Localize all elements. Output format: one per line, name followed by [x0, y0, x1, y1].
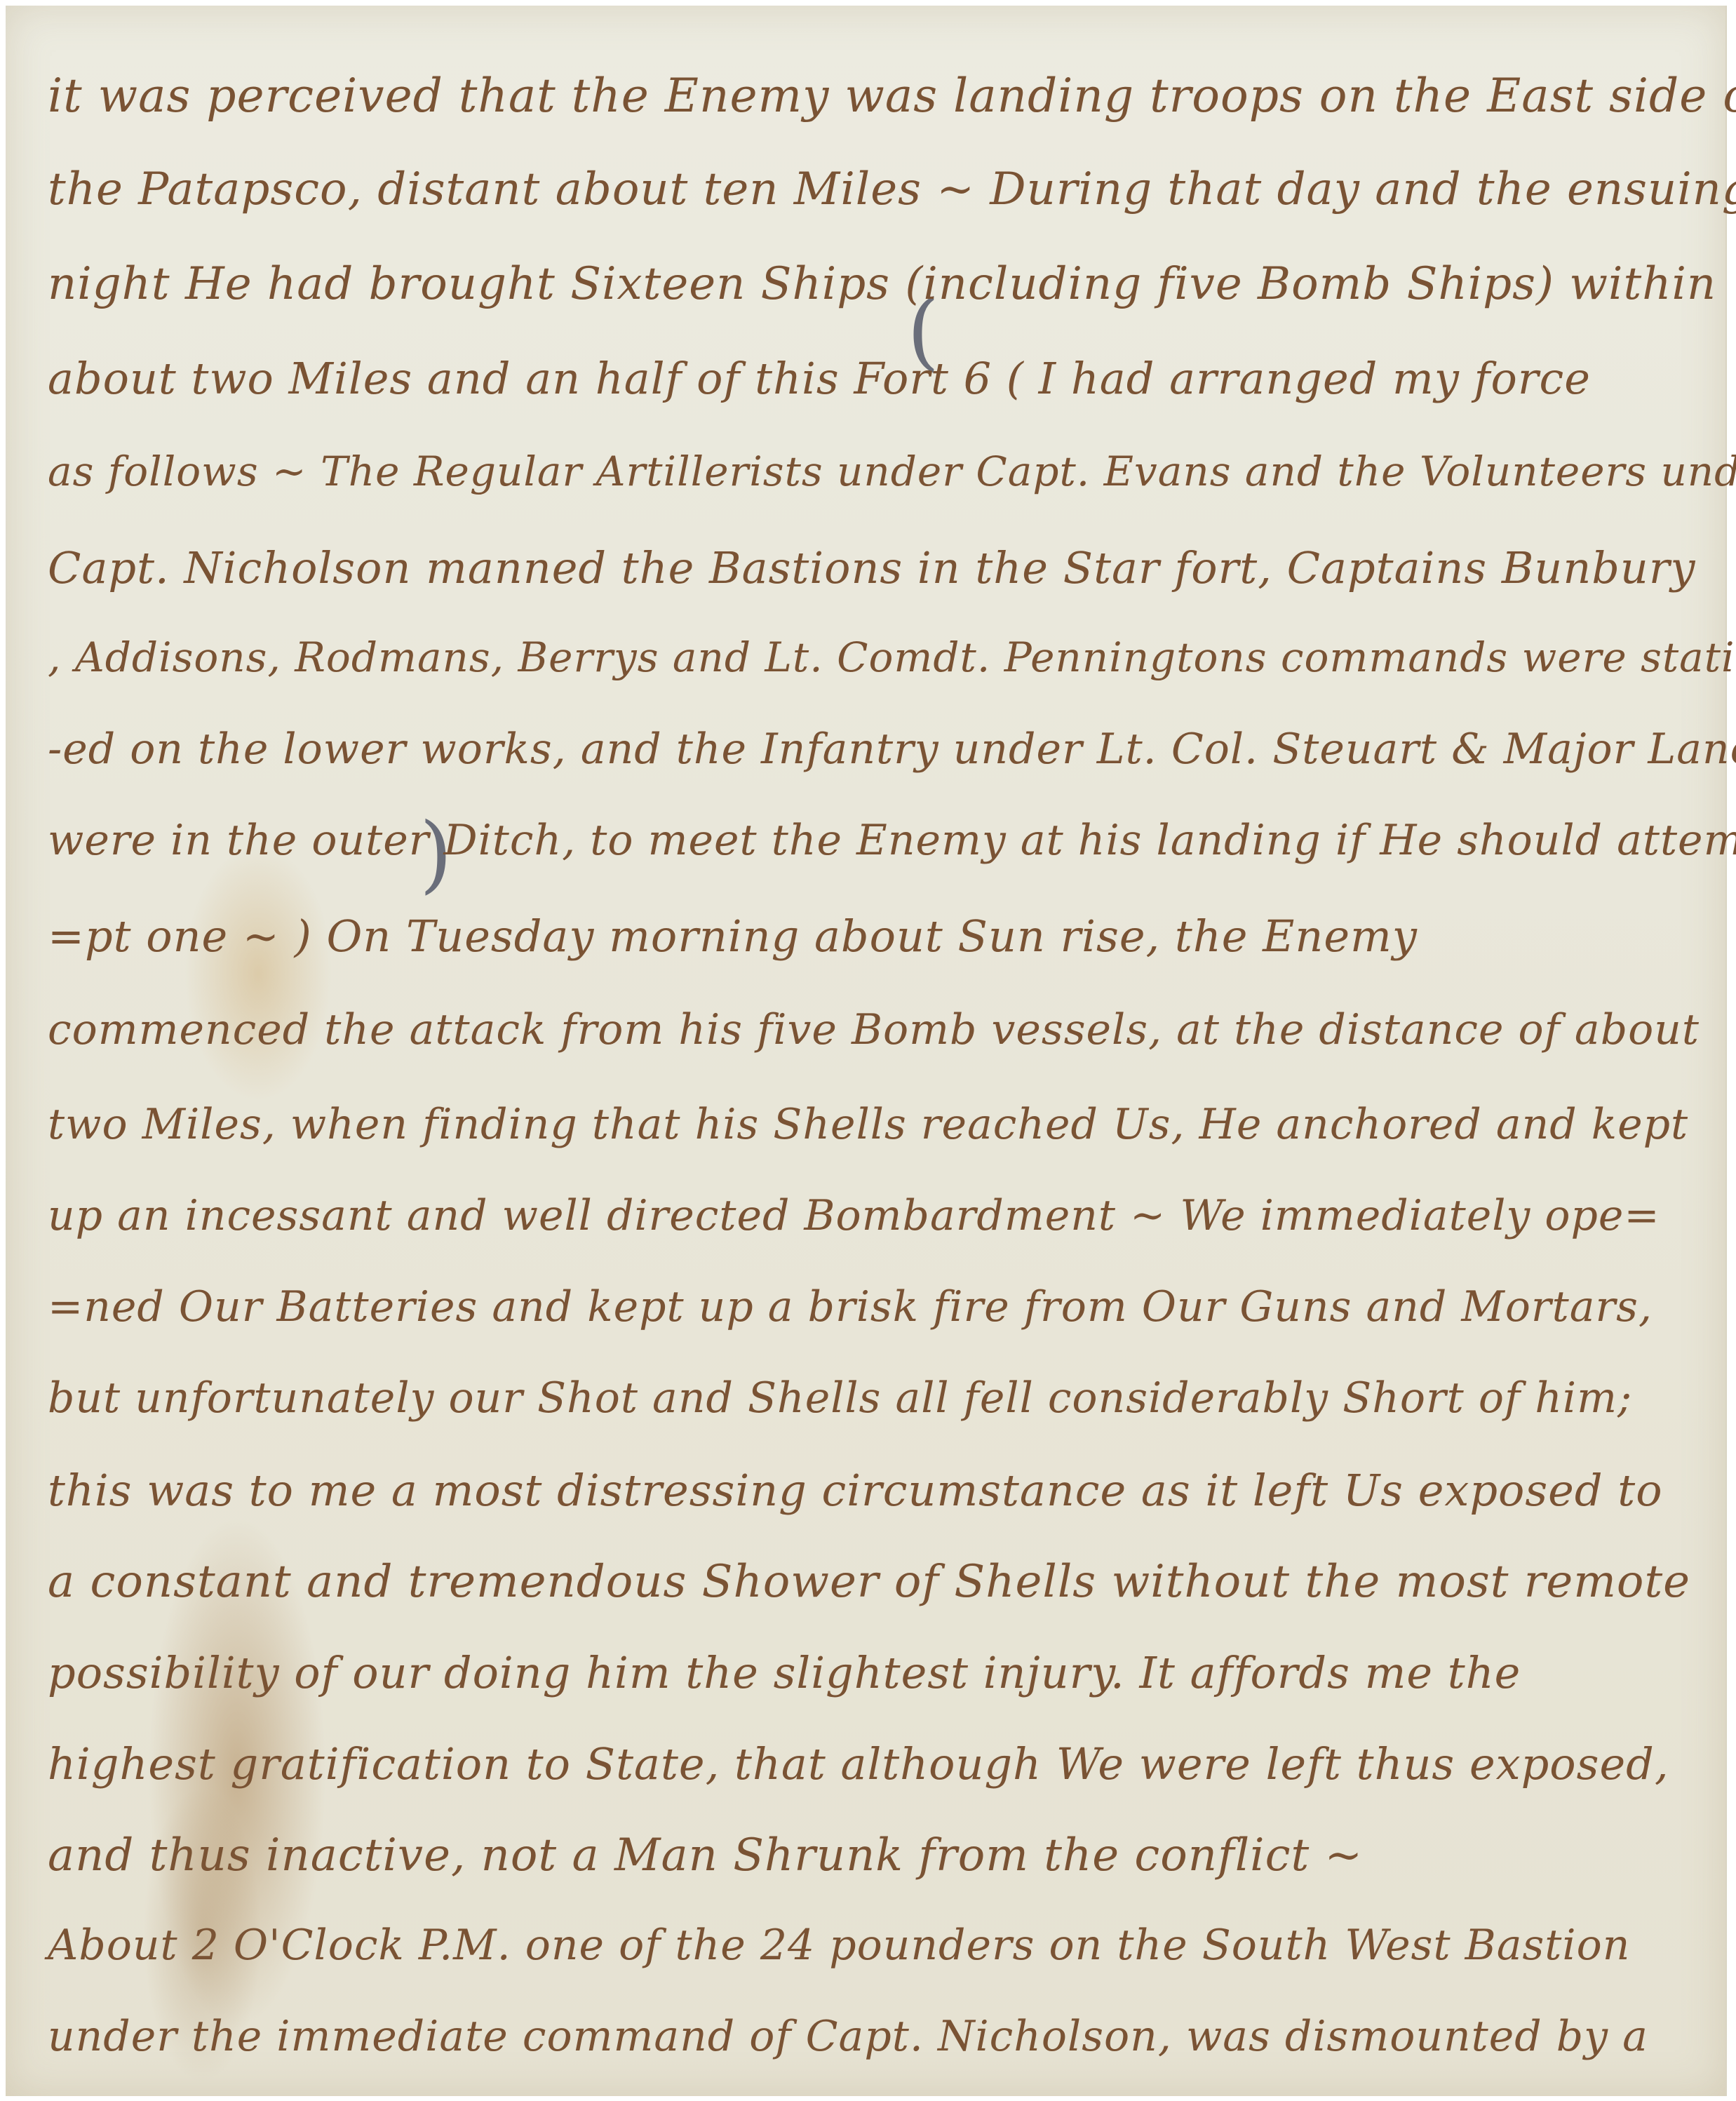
manuscript-line: night He had brought Sixteen Ships (incl… [48, 258, 1716, 310]
manuscript-line: as follows ~ The Regular Artillerists un… [48, 448, 1736, 495]
manuscript-line: were in the outer Ditch, to meet the Ene… [48, 816, 1736, 865]
manuscript-line: Capt. Nicholson manned the Bastions in t… [48, 542, 1696, 593]
manuscript-line: a constant and tremendous Shower of Shel… [48, 1556, 1690, 1608]
manuscript-line: =pt one ~ ) On Tuesday morning about Sun… [48, 911, 1418, 962]
manuscript-line: , Addisons, Rodmans, Berrys and Lt. Comd… [48, 633, 1736, 681]
manuscript-line: two Miles, when finding that his Shells … [48, 1100, 1688, 1149]
manuscript-line: it was perceived that the Enemy was land… [48, 69, 1736, 123]
manuscript-line: about two Miles and an half of this Fort… [48, 353, 1591, 404]
manuscript-line: highest gratification to State, that alt… [48, 1738, 1669, 1790]
manuscript-line: this was to me a most distressing circum… [48, 1465, 1663, 1516]
manuscript-line: but unfortunately our Shot and Shells al… [48, 1374, 1632, 1423]
manuscript-line: the Patapsco, distant about ten Miles ~ … [48, 163, 1736, 215]
manuscript-line: -ed on the lower works, and the Infantry… [48, 725, 1736, 774]
manuscript-line: under the immediate command of Capt. Nic… [48, 2012, 1648, 2061]
manuscript-line: commenced the attack from his five Bomb … [48, 1005, 1700, 1054]
manuscript-line: About 2 O'Clock P.M. one of the 24 pound… [48, 1921, 1630, 1970]
manuscript-line: and thus inactive, not a Man Shrunk from… [48, 1830, 1363, 1881]
manuscript-line: up an incessant and well directed Bombar… [48, 1191, 1660, 1240]
manuscript-line: =ned Our Batteries and kept up a brisk f… [48, 1282, 1653, 1331]
manuscript-line: possibility of our doing him the slighte… [48, 1647, 1521, 1698]
manuscript-page: ( ) it was perceived that the Enemy was … [6, 6, 1727, 2096]
